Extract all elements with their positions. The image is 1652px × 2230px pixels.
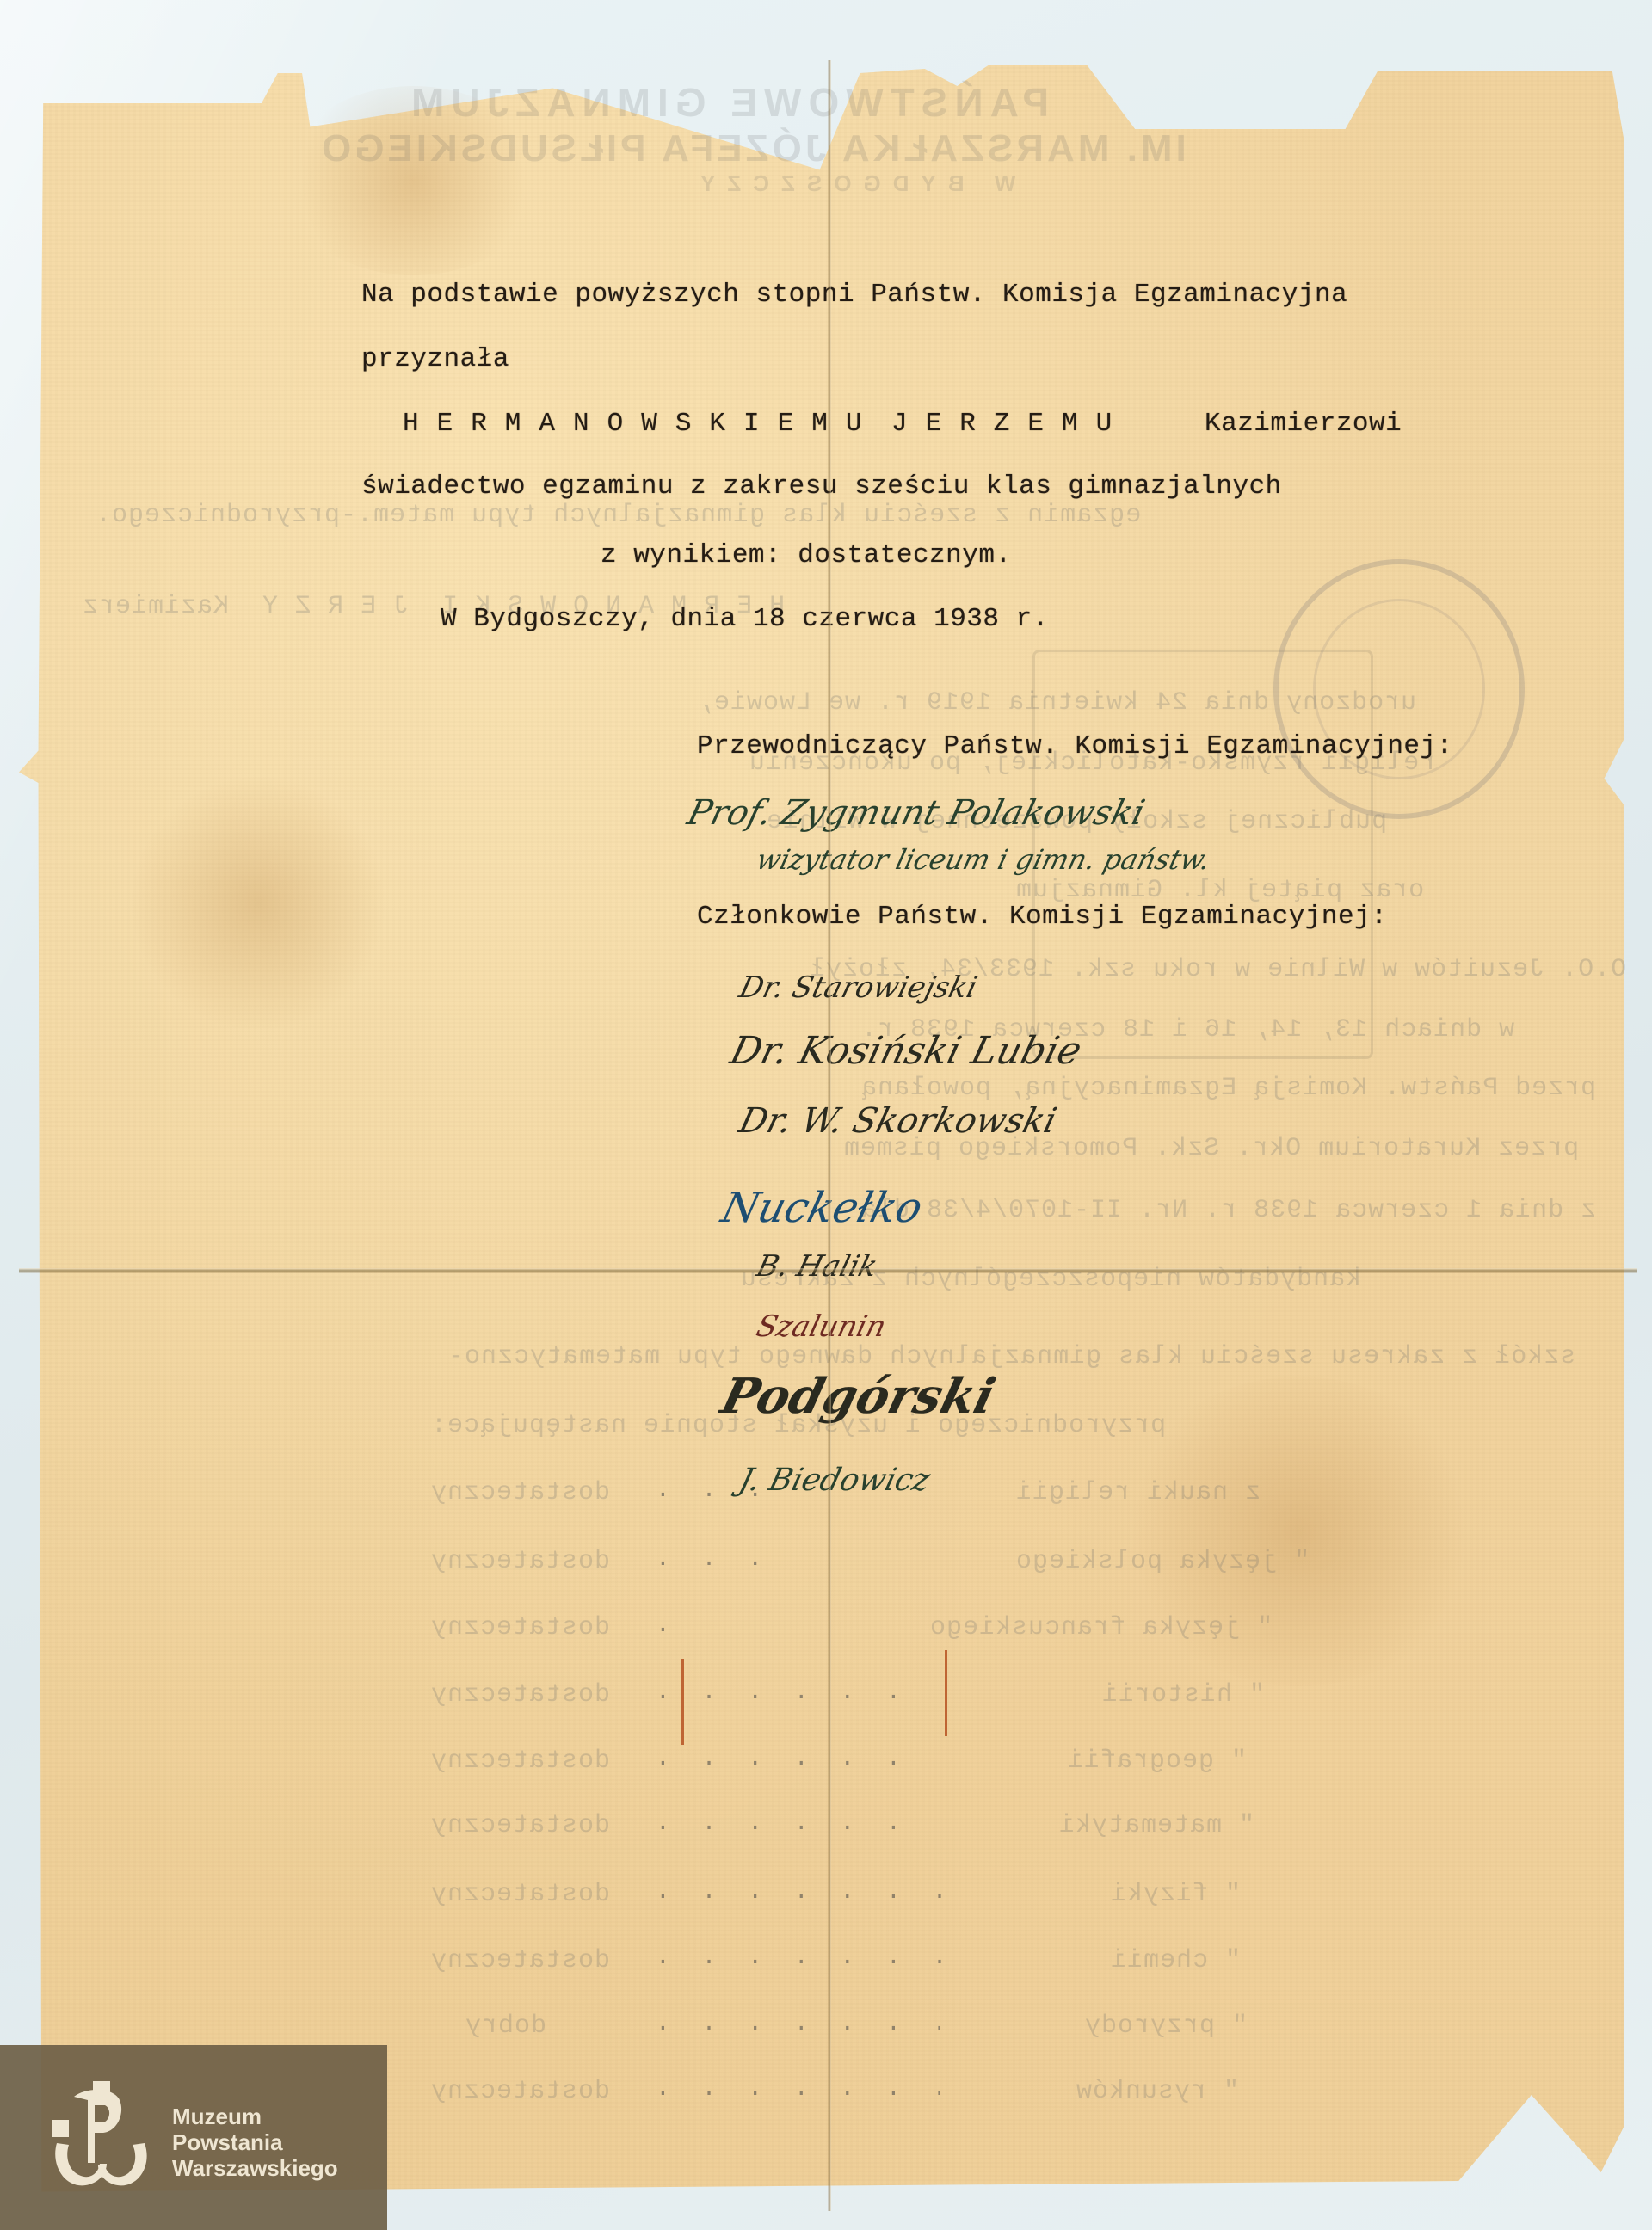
ghost-grade-value: dostateczny [430, 1680, 610, 1709]
ghost-grade-value: dobry [465, 2011, 546, 2041]
vertical-fold [828, 60, 831, 2211]
dot-leader: . . . . . . . . . . . . . . [656, 1810, 897, 1837]
kotwica-anchor-logo-icon [50, 2081, 153, 2193]
body-line-2: przyznała [361, 344, 509, 374]
museum-name-line3: Warszawskiego [172, 2155, 338, 2181]
museum-name: Muzeum Powstania Warszawskiego [172, 2104, 338, 2181]
ghost-letterhead-line2: IM. MARSZAŁKA JÓZEFA PIŁSUDSKIEGO [318, 127, 1187, 170]
ghost-grade-subject: " chemii [1110, 1946, 1241, 1975]
body-line-1: Na podstawie powyższych stopni Państw. K… [361, 280, 1347, 310]
museum-name-line2: Powstania [172, 2129, 338, 2155]
ghost-grade-subject: " historii [1101, 1680, 1265, 1709]
member-signature: Dr. W. Skorkowski [735, 1101, 1060, 1141]
ghost-grade-subject: " rysunków [1076, 2077, 1239, 2106]
recipient-patronymic: Kazimierzowi [1205, 409, 1402, 439]
dot-leader: . . . . . . . . . . . . . . [656, 1546, 793, 1573]
recipient-first-name: JERZEMU [891, 409, 1130, 439]
dot-leader: . . . . . . . . . . . . . . [656, 1612, 707, 1639]
red-pencil-mark [681, 1659, 684, 1745]
dot-leader: . . . . . . . . . . . . . . [656, 1679, 914, 1706]
ghost-text: szkół z zakresu sześciu klas gimnazjalny… [447, 1342, 1575, 1371]
ghost-text: przed Państw. Komisją Egzaminacyjną, pow… [860, 1074, 1596, 1103]
member-signature: J. Biedowicz [736, 1463, 934, 1498]
dot-leader: . . . . . . . . . . . . . . [656, 2076, 940, 2103]
member-signature: Szalunin [753, 1309, 890, 1344]
ghost-grade-subject: z nauki religii [1015, 1478, 1261, 1507]
chair-signature: Prof. Zygmunt Polakowski [683, 793, 1149, 833]
chair-heading: Przewodniczący Państw. Komisji Egzaminac… [697, 731, 1453, 761]
official-stamp [1273, 559, 1525, 819]
ghost-text: egzamin z sześciu klas gimnazjalnych typ… [95, 501, 1141, 530]
ghost-grade-value: dostateczny [430, 1946, 610, 1975]
ghost-grade-value: dostateczny [430, 2077, 610, 2106]
ghost-grade-subject: " języka francuskiego [929, 1613, 1273, 1642]
ghost-grade-subject: " matematyki [1058, 1811, 1254, 1840]
ghost-grade-value: dostateczny [430, 1547, 610, 1576]
ghost-grade-subject: " fizyki [1110, 1880, 1241, 1909]
ghost-grade-subject: " języka polskiego [1015, 1547, 1310, 1576]
members-heading: Członkowie Państw. Komisji Egzaminacyjne… [697, 902, 1387, 932]
member-signature: Dr. Starowiejski [736, 970, 981, 1005]
ghost-letterhead-line3: W BYDGOSZCZY [688, 170, 1015, 197]
dot-leader: . . . . . . . . . . . . . . [656, 2011, 940, 2037]
red-pencil-mark [945, 1650, 947, 1736]
dot-leader: . . . . . . . . . . . . . . [656, 1746, 905, 1772]
ghost-text: z dnia 1 czerwca 1938 r. Nr. II-1070/4/3… [860, 1196, 1596, 1225]
museum-name-line1: Muzeum [172, 2104, 338, 2129]
dot-leader: . . . . . . . . . . . . . . [656, 1944, 948, 1971]
chair-title: wizytator liceum i gimn. państw. [753, 843, 1214, 876]
body-line-5: z wynikiem: dostatecznym. [601, 540, 1012, 570]
member-signature: B. Halik [753, 1249, 881, 1284]
place-date: W Bydgoszczy, dnia 18 czerwca 1938 r. [441, 604, 1049, 634]
member-signature: Dr. Kosiński Lubie [726, 1029, 1086, 1073]
member-signature: Nuckełko [717, 1184, 928, 1232]
horizontal-fold [19, 1268, 1637, 1273]
ghost-grade-value: dostateczny [430, 1746, 610, 1776]
ghost-grade-subject: " geografii [1067, 1746, 1247, 1776]
body-line-4: świadectwo egzaminu z zakresu sześciu kl… [361, 471, 1282, 502]
member-signature: Podgórski [716, 1368, 1001, 1425]
ghost-grade-subject: " przyrody [1084, 2011, 1248, 2041]
museum-watermark: Muzeum Powstania Warszawskiego [0, 2045, 387, 2230]
stain [129, 774, 387, 1032]
recipient-surname: HERMANOWSKIEMU [403, 409, 879, 439]
ghost-grade-value: dostateczny [430, 1880, 610, 1909]
ghost-grade-value: dostateczny [430, 1478, 610, 1507]
ghost-letterhead-line1: PAŃSTWOWE GIMNAZJUM [404, 79, 1049, 126]
ghost-grade-value: dostateczny [430, 1811, 610, 1840]
ghost-grade-value: dostateczny [430, 1613, 610, 1642]
dot-leader: . . . . . . . . . . . . . . [656, 1879, 948, 1906]
